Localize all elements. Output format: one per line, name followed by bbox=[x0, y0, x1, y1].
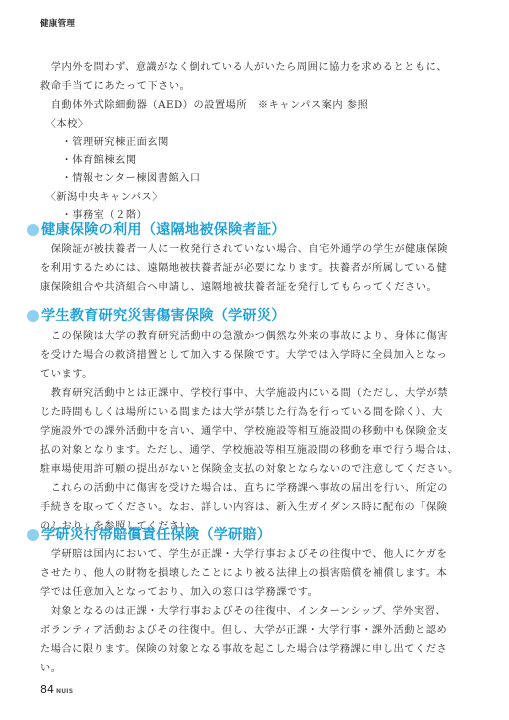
bullet-circle-icon bbox=[27, 310, 39, 322]
paragraph-line: を利用するためには、遠隔地被扶養者証が必要になります。扶養者が所属している健 bbox=[40, 262, 447, 275]
section-heading: 学生教育研究災害傷害保険（学研災） bbox=[27, 307, 286, 325]
paragraph-line: 学施設外での課外活動中を言い、通学中、学校施設等相互施設間の移動中も保険金支 bbox=[40, 425, 448, 438]
paragraph-line: 対象となるのは正課・大学行事およびその往復中、インターンシップ、学外実習、 bbox=[40, 605, 446, 618]
intro-line: 救命手当てにあたって下さい。 bbox=[40, 80, 190, 93]
paragraph-line: 保険証が被扶養者一人に一枚発行されていない場合、自宅外通学の学生が健康保険 bbox=[40, 243, 448, 256]
bullet-circle-icon bbox=[27, 529, 39, 541]
bullet-circle-icon bbox=[27, 224, 39, 236]
paragraph-line: 康保険組合や共済組合へ申請し、遠隔地被扶養者証を発行してもらってください。 bbox=[40, 281, 437, 294]
paragraph-line: い。 bbox=[40, 662, 61, 675]
paragraph-line: させたり、他人の財物を損壊したことにより被る法律上の損害賠償を補償します。本 bbox=[40, 567, 447, 580]
page-number: 84 bbox=[40, 683, 54, 696]
section-heading-text: 学研災付帯賠償責任保険（学研賠） bbox=[41, 526, 271, 544]
brand-mark: NUIS bbox=[56, 688, 73, 695]
section-heading-text: 学生教育研究災害傷害保険（学研災） bbox=[41, 307, 286, 325]
aed-location-item: ・管理研究棟正面玄関 bbox=[40, 136, 169, 149]
paragraph-line: ボランティア活動およびその往復中。但し、大学が正課・大学行事・課外活動と認め bbox=[40, 624, 447, 637]
paragraph-line: じた時間もしくは場所にいる間または大学が禁じた行為を行っている間を除く）、大 bbox=[40, 406, 443, 419]
section-heading-text: 健康保険の利用（遠隔地被保険者証） bbox=[41, 221, 286, 239]
section-heading: 健康保険の利用（遠隔地被保険者証） bbox=[27, 221, 286, 239]
paragraph-line: を受けた場合の救済措置として加入する保険です。大学では入学時に全員加入となっ bbox=[40, 349, 447, 362]
paragraph-line: この保険は大学の教育研究活動中の急激かつ偶然な外来の事故により、身体に傷害 bbox=[40, 330, 448, 343]
paragraph-line: 手続きを取ってください。なお、詳しい内容は、新入生ガイダンス時に配布の「保険 bbox=[40, 501, 448, 514]
paragraph-line: 学研賠は国内において、学生が正課・大学行事およびその往復中で、他人にケガを bbox=[40, 548, 447, 561]
section-heading: 学研災付帯賠償責任保険（学研賠） bbox=[27, 526, 271, 544]
paragraph-line: 教育研究活動中とは正課中、学校行事中、大学施設内にいる間（ただし、大学が禁 bbox=[40, 387, 448, 400]
intro-line: 学内外を問わず、意識がなく倒れている人がいたら周囲に協力を求めるとともに、 bbox=[40, 61, 447, 74]
aed-location-label: 自動体外式除細動器（AED）の設置場所 ※キャンパス案内 参照 bbox=[40, 99, 368, 112]
paragraph-line: 学では任意加入となっており、加入の窓口は学務課です。 bbox=[40, 586, 318, 599]
paragraph-line: これらの活動中に傷害を受けた場合は、直ちに学務課へ事故の届出を行い、所定の bbox=[40, 482, 448, 495]
paragraph-line: ています。 bbox=[40, 368, 93, 381]
page-footer: 84 NUIS bbox=[40, 683, 73, 696]
aed-location-item: ・情報センター棟図書館入口 bbox=[40, 172, 201, 185]
running-head: 健康管理 bbox=[40, 17, 75, 29]
paragraph-line: 払の対象となります。ただし、通学、学校施設等相互施設間の移動を車で行う場合は、 bbox=[40, 444, 458, 457]
campus-label-main: 〈本校〉 bbox=[40, 118, 89, 131]
aed-location-item: ・体育館棟玄関 bbox=[40, 154, 137, 167]
paragraph-line: た場合に限ります。保険の対象となる事故を起こした場合は学務課に申し出てくださ bbox=[40, 643, 447, 656]
paragraph-line: 駐車場使用許可願の提出がないと保険金支払の対象とならないので注意してください。 bbox=[40, 463, 459, 476]
campus-label-niigata-chuo: 〈新潟中央キャンパス〉 bbox=[40, 191, 163, 204]
